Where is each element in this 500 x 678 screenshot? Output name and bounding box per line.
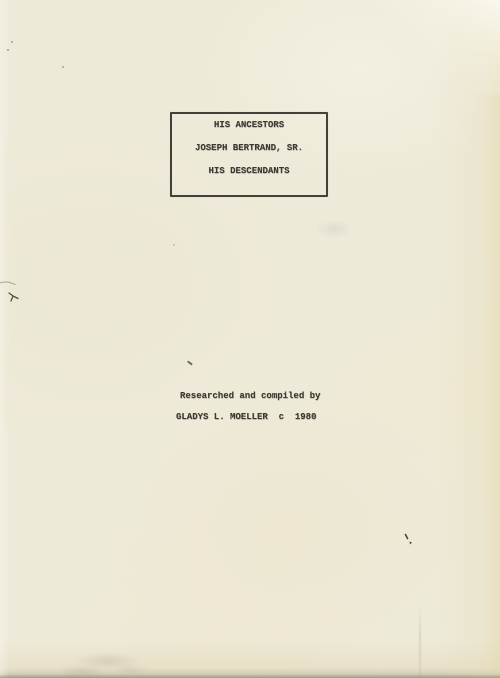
scan-streak xyxy=(419,606,421,678)
paper-speck xyxy=(11,41,13,43)
left-edge-scribble xyxy=(0,276,22,309)
title-line-his-descendants: HIS DESCENDANTS xyxy=(170,166,328,177)
pencil-smudge xyxy=(45,644,160,678)
title-line-joseph-bertrand-sr: JOSEPH BERTRAND, SR. xyxy=(170,143,328,154)
scanned-title-page: HIS ANCESTORS JOSEPH BERTRAND, SR. HIS D… xyxy=(0,0,500,678)
paper-corner-sheen xyxy=(360,0,500,95)
paper-speck xyxy=(62,66,64,68)
paper-speck xyxy=(173,244,175,246)
credit-line-researched-by: Researched and compiled by xyxy=(180,391,320,402)
faint-stain xyxy=(315,220,353,238)
title-line-his-ancestors: HIS ANCESTORS xyxy=(170,120,328,131)
scan-bottom-edge xyxy=(0,674,500,678)
paper-speck xyxy=(7,49,9,51)
right-ink-speck-pair xyxy=(401,531,417,554)
credit-line-author-year: GLADYS L. MOELLER c 1980 xyxy=(176,412,316,423)
ink-tick-mark xyxy=(187,360,193,365)
